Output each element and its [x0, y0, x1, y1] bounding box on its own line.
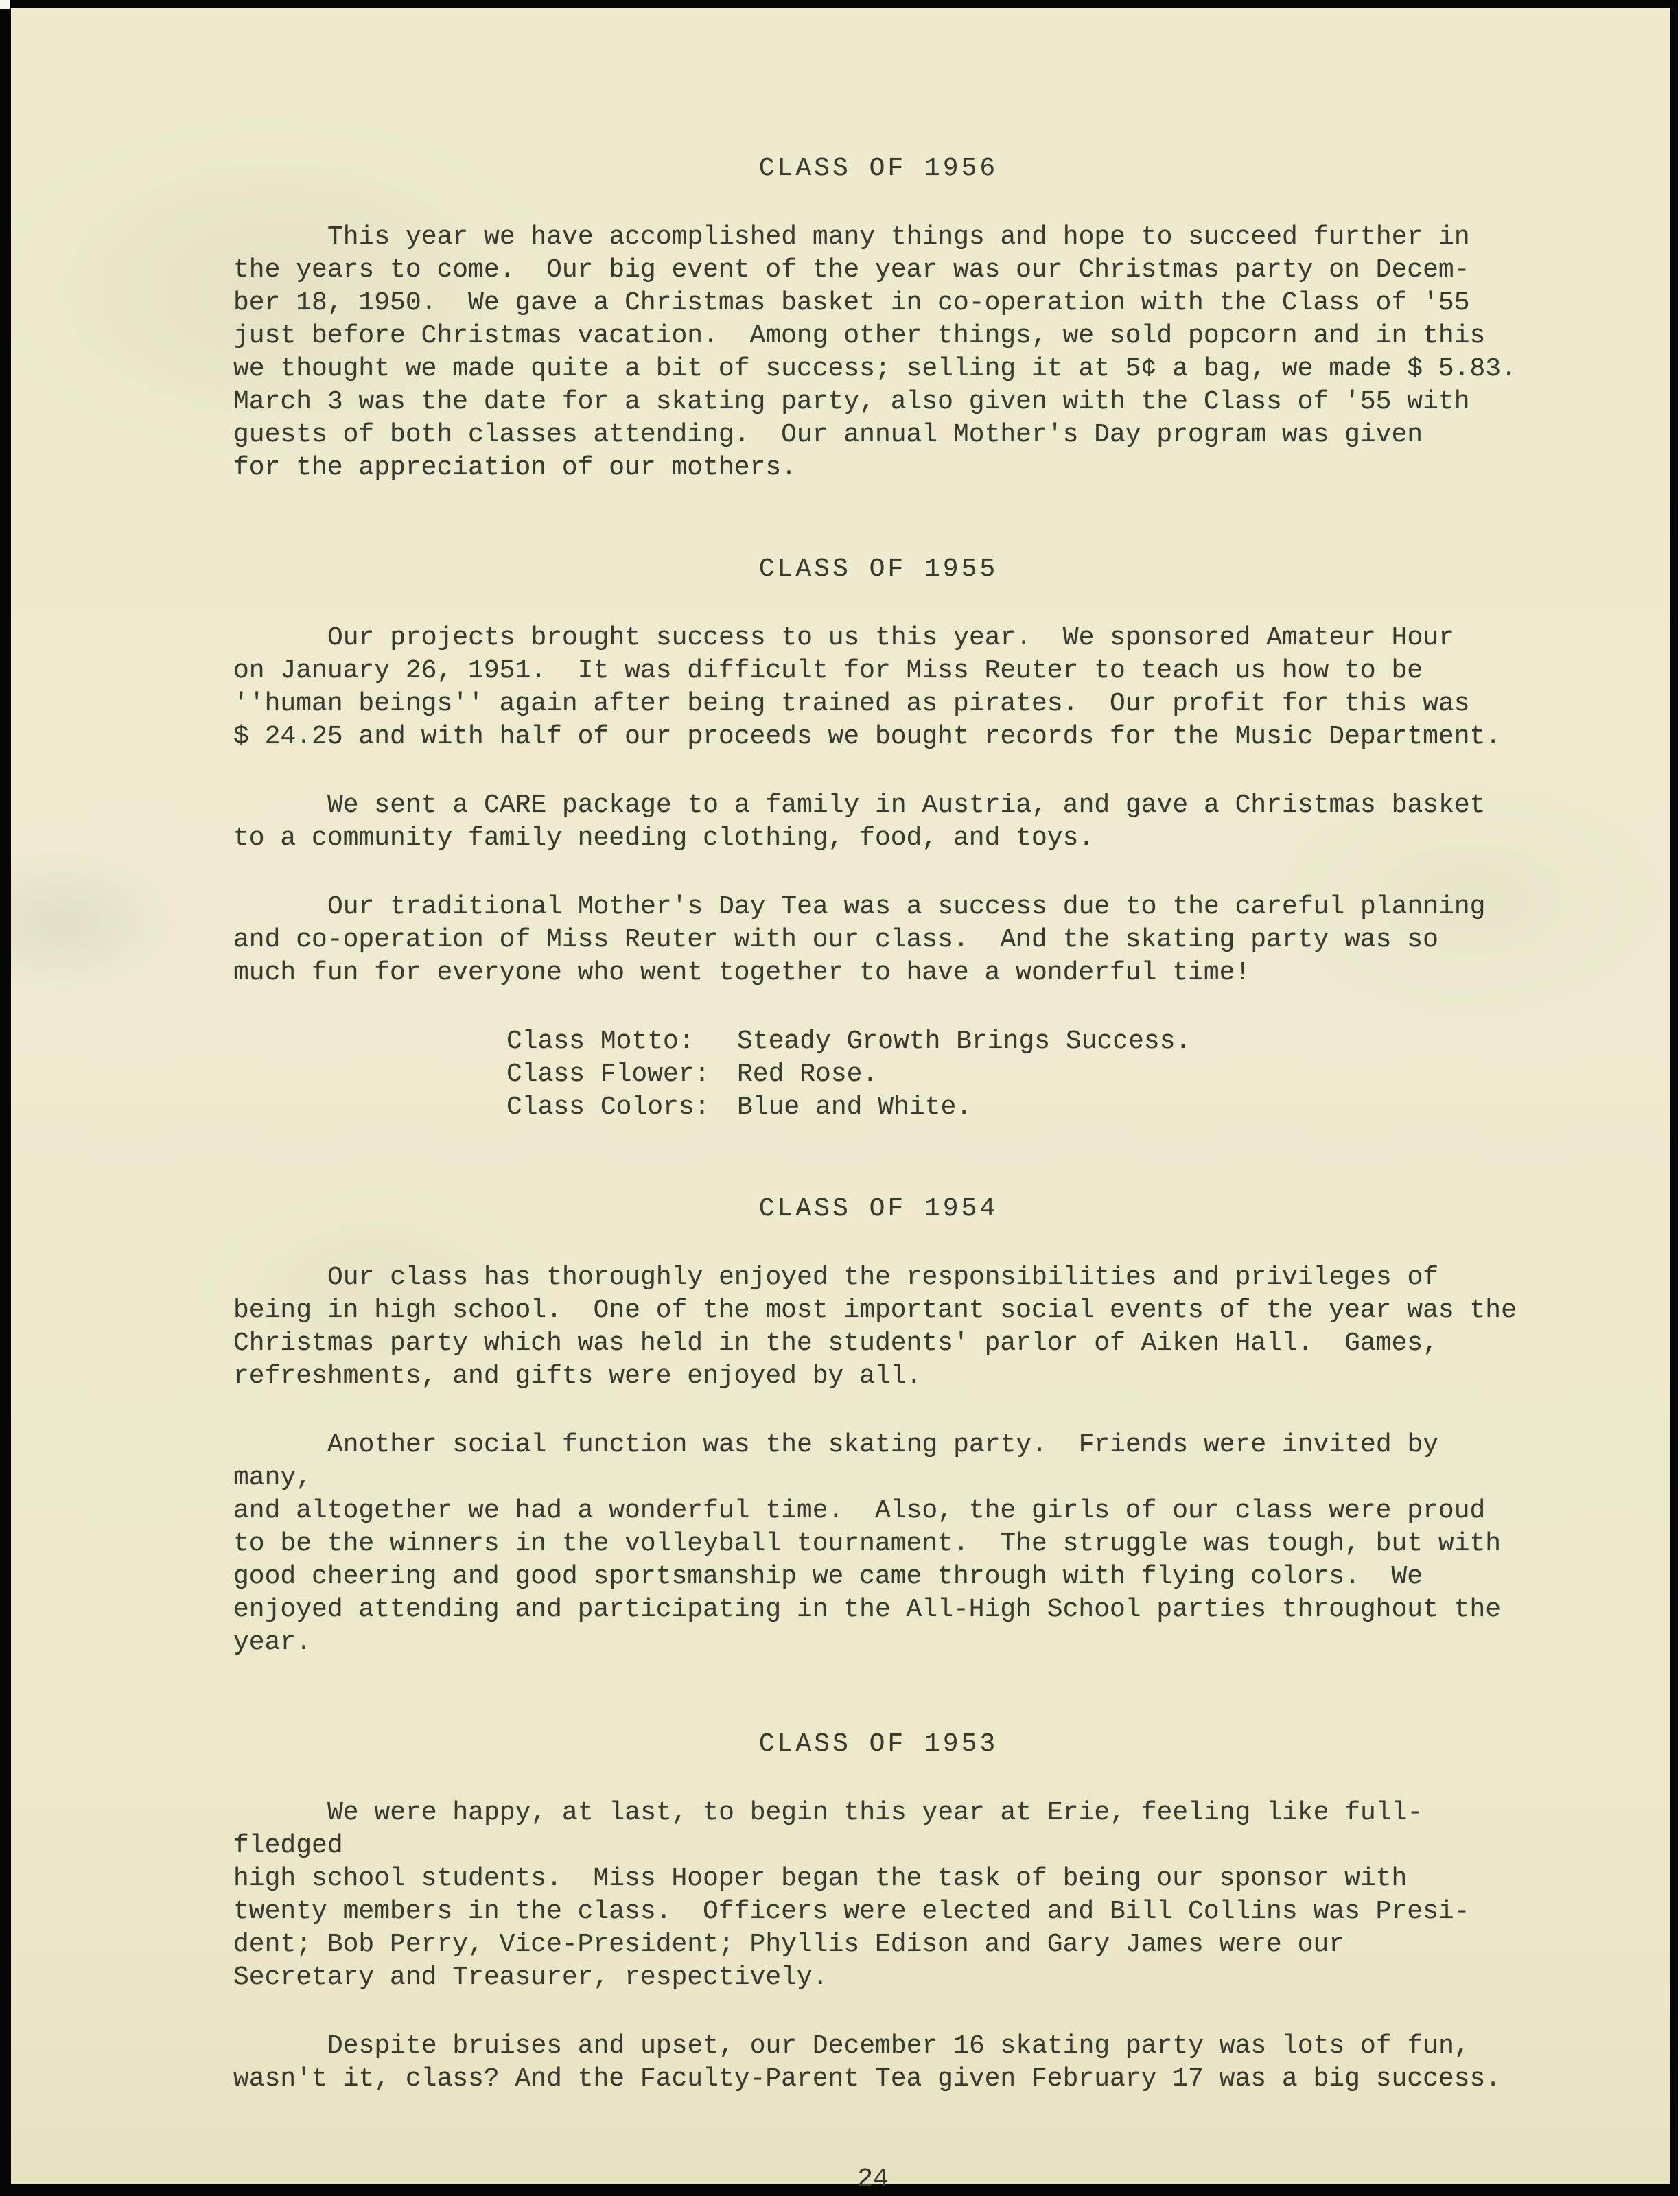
class-facts-list: Class Motto: Steady Growth Brings Succes… — [506, 1025, 1524, 1124]
scan-corner-artifact — [0, 0, 10, 9]
paragraph-1956-1: This year we have accomplished many thin… — [233, 221, 1524, 484]
paragraph-1955-1: Our projects brought success to us this … — [233, 622, 1524, 754]
fact-row-motto: Class Motto: Steady Growth Brings Succes… — [506, 1025, 1524, 1058]
fact-label-colors: Class Colors: — [506, 1091, 737, 1124]
paragraph-1953-2: Despite bruises and upset, our December … — [233, 2030, 1524, 2096]
yearbook-page: CLASS OF 1956 This year we have accompli… — [11, 8, 1670, 2184]
fact-row-colors: Class Colors: Blue and White. — [506, 1091, 1524, 1124]
section-class-1954: CLASS OF 1954 Our class has thoroughly e… — [233, 1193, 1524, 1659]
section-title-1956: CLASS OF 1956 — [233, 152, 1524, 185]
fact-value-motto: Steady Growth Brings Success. — [737, 1025, 1191, 1058]
paragraph-1954-1: Our class has thoroughly enjoyed the res… — [233, 1261, 1524, 1393]
section-title-1955: CLASS OF 1955 — [233, 553, 1524, 586]
fact-value-flower: Red Rose. — [737, 1058, 878, 1091]
paragraph-1955-2: We sent a CARE package to a family in Au… — [233, 789, 1524, 855]
fact-label-flower: Class Flower: — [506, 1058, 737, 1091]
paragraph-1955-3: Our traditional Mother's Day Tea was a s… — [233, 891, 1524, 990]
paragraph-1953-1: We were happy, at last, to begin this ye… — [233, 1797, 1524, 1994]
section-title-1953: CLASS OF 1953 — [233, 1728, 1524, 1761]
fact-row-flower: Class Flower: Red Rose. — [506, 1058, 1524, 1091]
section-class-1955: CLASS OF 1955 Our projects brought succe… — [233, 553, 1524, 1124]
page-number: 24 — [228, 2163, 1518, 2196]
section-class-1953: CLASS OF 1953 We were happy, at last, to… — [233, 1728, 1524, 2096]
fact-value-colors: Blue and White. — [737, 1091, 972, 1124]
section-title-1954: CLASS OF 1954 — [233, 1193, 1524, 1226]
fact-label-motto: Class Motto: — [506, 1025, 737, 1058]
paragraph-1954-2: Another social function was the skating … — [233, 1429, 1524, 1659]
section-class-1956: CLASS OF 1956 This year we have accompli… — [233, 152, 1524, 484]
